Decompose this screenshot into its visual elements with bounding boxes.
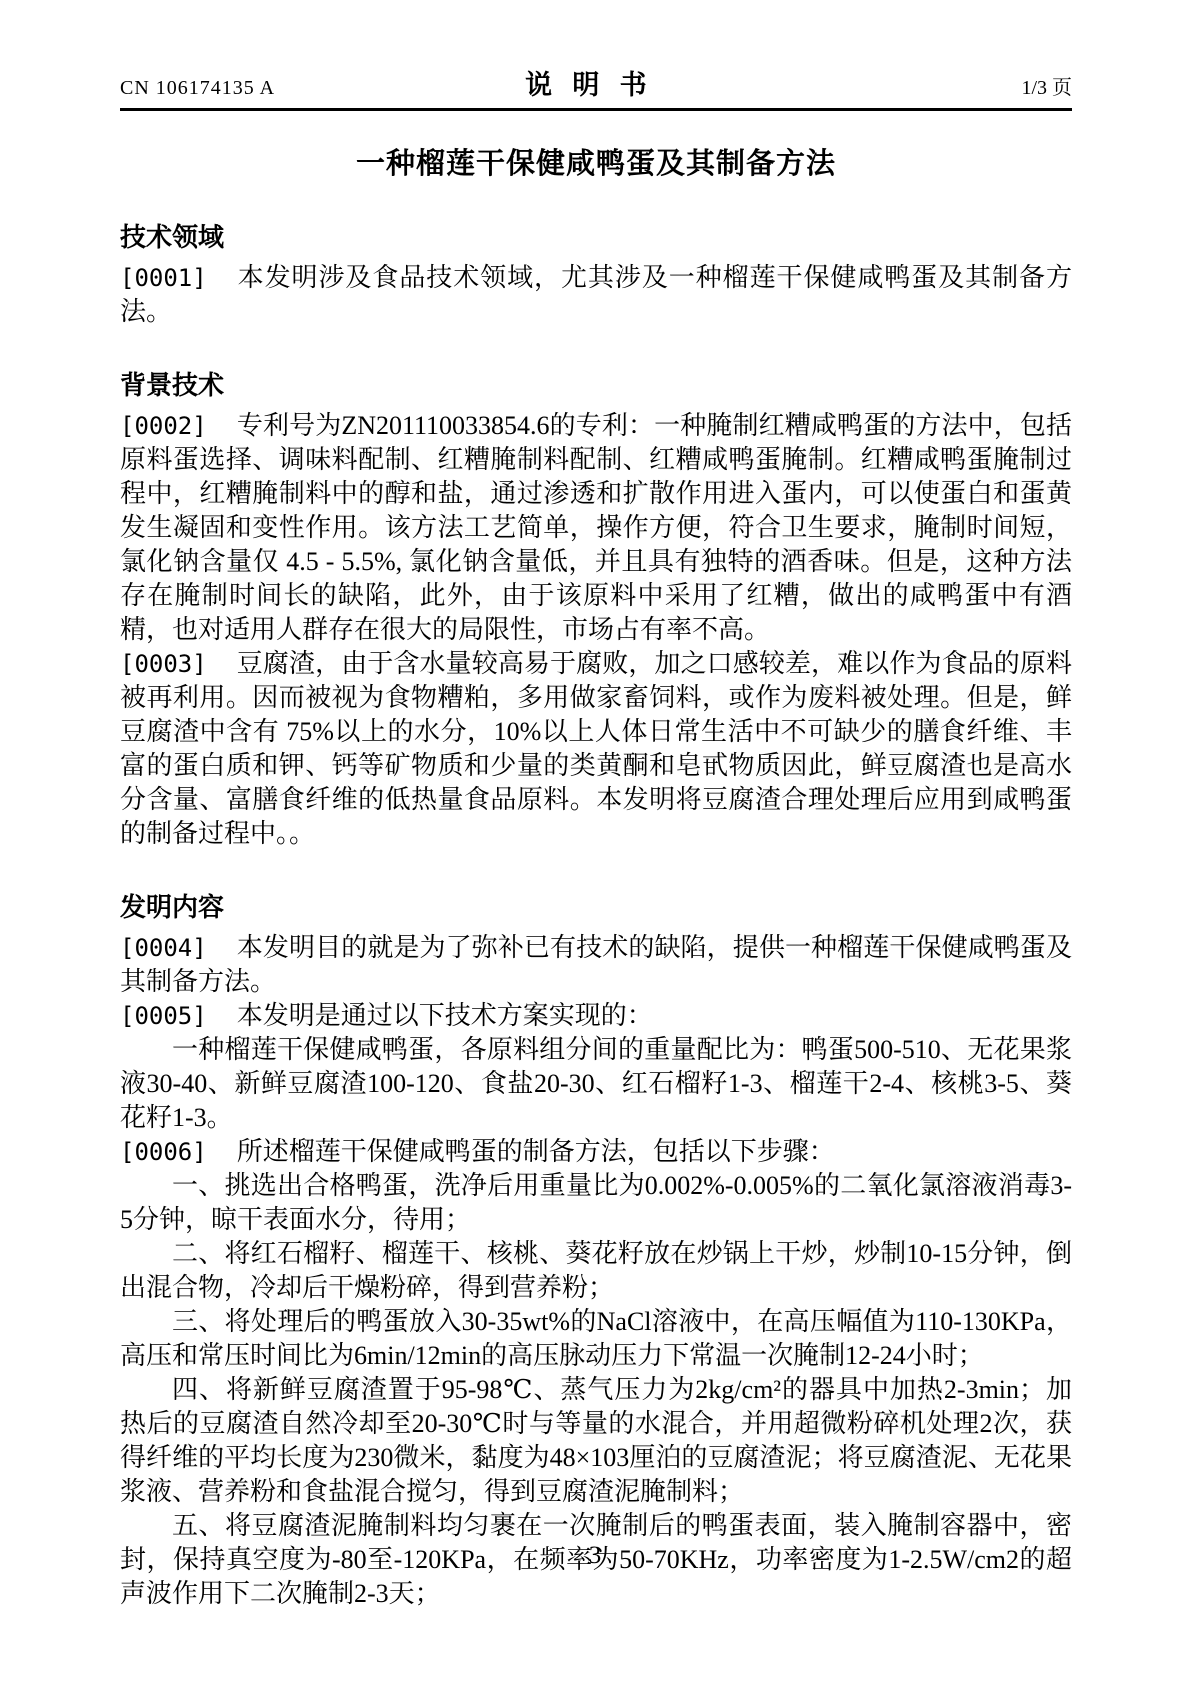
paragraph-number: [0003] (120, 650, 207, 678)
paragraph-text: 专利号为ZN201110033854.6的专利：一种腌制红糟咸鸭蛋的方法中，包括… (120, 411, 1072, 644)
section-heading: 发明内容 (120, 891, 1072, 923)
paragraph-text: 一种榴莲干保健咸鸭蛋，各原料组分间的重量配比为：鸭蛋500-510、无花果浆液3… (120, 1035, 1072, 1132)
paragraph: [0006]所述榴莲干保健咸鸭蛋的制备方法，包括以下步骤： (120, 1135, 1072, 1169)
page-header: CN 106174135 A 说明书 1/3 页 (120, 70, 1072, 104)
section-heading: 背景技术 (120, 369, 1072, 401)
paragraph-text: 一、挑选出合格鸭蛋，洗净后用重量比为0.002%-0.005%的二氧化氯溶液消毒… (120, 1171, 1072, 1234)
paragraph-number: [0004] (120, 934, 207, 962)
paragraph-number: [0005] (120, 1002, 207, 1030)
section-paragraphs: [0001]本发明涉及食品技术领域，尤其涉及一种榴莲干保健咸鸭蛋及其制备方法。 (120, 261, 1072, 329)
invention-title: 一种榴莲干保健咸鸭蛋及其制备方法 (120, 147, 1072, 181)
section-heading: 技术领域 (120, 221, 1072, 253)
paragraph-number: [0006] (120, 1138, 207, 1166)
paragraph: [0003]豆腐渣，由于含水量较高易于腐败，加之口感较差，难以作为食品的原料被再… (120, 647, 1072, 851)
paragraph-text: 本发明是通过以下技术方案实现的： (237, 1001, 653, 1030)
paragraph: [0002]专利号为ZN201110033854.6的专利：一种腌制红糟咸鸭蛋的… (120, 409, 1072, 647)
page-indicator: 1/3 页 (1021, 71, 1072, 100)
patent-specification-page: CN 106174135 A 说明书 1/3 页 一种榴莲干保健咸鸭蛋及其制备方… (0, 0, 1190, 1684)
paragraph-text: 本发明目的就是为了弥补已有技术的缺陷，提供一种榴莲干保健咸鸭蛋及其制备方法。 (120, 933, 1072, 996)
document-section: 发明内容 [0004]本发明目的就是为了弥补已有技术的缺陷，提供一种榴莲干保健咸… (120, 891, 1072, 1611)
paragraph-number: [0002] (120, 412, 207, 440)
paragraph: [0004]本发明目的就是为了弥补已有技术的缺陷，提供一种榴莲干保健咸鸭蛋及其制… (120, 931, 1072, 999)
section-paragraphs: [0002]专利号为ZN201110033854.6的专利：一种腌制红糟咸鸭蛋的… (120, 409, 1072, 851)
paragraph-text: 本发明涉及食品技术领域，尤其涉及一种榴莲干保健咸鸭蛋及其制备方法。 (120, 263, 1072, 326)
paragraph-text: 豆腐渣，由于含水量较高易于腐败，加之口感较差，难以作为食品的原料被再利用。因而被… (120, 649, 1072, 848)
paragraph: 一、挑选出合格鸭蛋，洗净后用重量比为0.002%-0.005%的二氧化氯溶液消毒… (120, 1169, 1072, 1237)
paragraph-text: 三、将处理后的鸭蛋放入30-35wt%的NaCl溶液中，在高压幅值为110-13… (120, 1307, 1072, 1370)
document-body: 技术领域 [0001]本发明涉及食品技术领域，尤其涉及一种榴莲干保健咸鸭蛋及其制… (120, 221, 1072, 1611)
paragraph: [0001]本发明涉及食品技术领域，尤其涉及一种榴莲干保健咸鸭蛋及其制备方法。 (120, 261, 1072, 329)
document-section: 背景技术 [0002]专利号为ZN201110033854.6的专利：一种腌制红… (120, 369, 1072, 851)
paragraph: 四、将新鲜豆腐渣置于95-98℃、蒸气压力为2kg/cm²的器具中加热2-3mi… (120, 1373, 1072, 1509)
paragraph-text: 四、将新鲜豆腐渣置于95-98℃、蒸气压力为2kg/cm²的器具中加热2-3mi… (120, 1375, 1072, 1506)
header-rule (120, 108, 1072, 111)
paragraph-number: [0001] (120, 264, 207, 292)
paragraph-text: 所述榴莲干保健咸鸭蛋的制备方法，包括以下步骤： (237, 1137, 835, 1166)
paragraph: 一种榴莲干保健咸鸭蛋，各原料组分间的重量配比为：鸭蛋500-510、无花果浆液3… (120, 1033, 1072, 1135)
publication-number: CN 106174135 A (120, 77, 275, 100)
document-section: 技术领域 [0001]本发明涉及食品技术领域，尤其涉及一种榴莲干保健咸鸭蛋及其制… (120, 221, 1072, 329)
paragraph-text: 二、将红石榴籽、榴莲干、核桃、葵花籽放在炒锅上干炒，炒制10-15分钟，倒出混合… (120, 1239, 1072, 1302)
paragraph: 三、将处理后的鸭蛋放入30-35wt%的NaCl溶液中，在高压幅值为110-13… (120, 1305, 1072, 1373)
paragraph: [0005]本发明是通过以下技术方案实现的： (120, 999, 1072, 1033)
document-type-title: 说明书 (525, 63, 667, 102)
page-number: 3 (0, 1542, 1190, 1570)
paragraph: 二、将红石榴籽、榴莲干、核桃、葵花籽放在炒锅上干炒，炒制10-15分钟，倒出混合… (120, 1237, 1072, 1305)
section-paragraphs: [0004]本发明目的就是为了弥补已有技术的缺陷，提供一种榴莲干保健咸鸭蛋及其制… (120, 931, 1072, 1611)
